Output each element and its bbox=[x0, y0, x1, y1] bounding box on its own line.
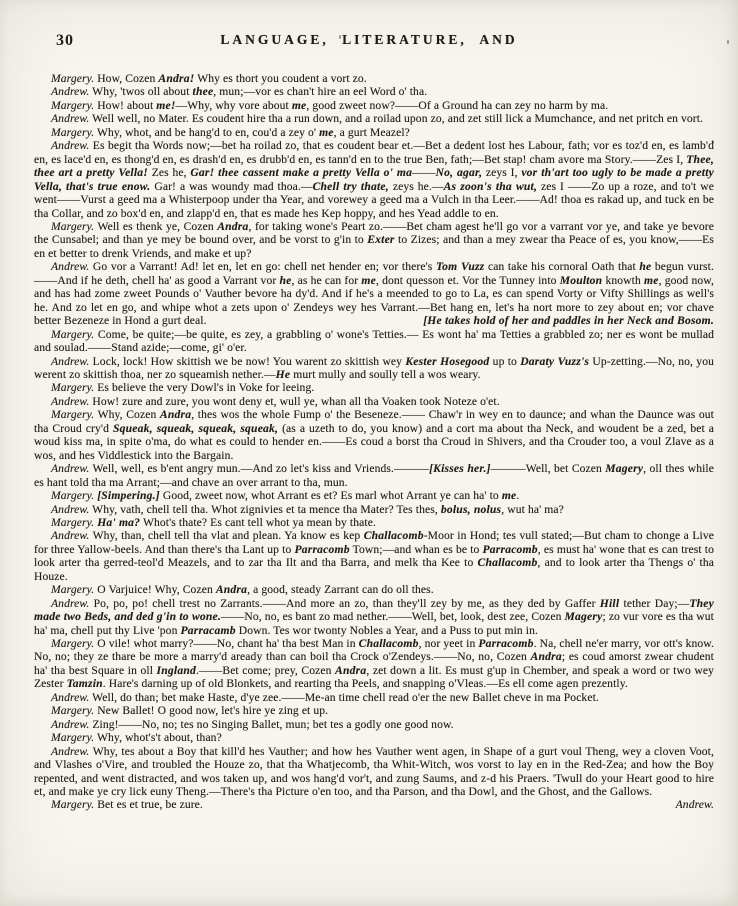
speaker-name: Andrew. bbox=[51, 691, 89, 704]
page-header: 30 LANGUAGE, LITERATURE, AND bbox=[0, 32, 738, 54]
speaker-name: Andrew. bbox=[51, 112, 89, 125]
speech-paragraph: Margery. Well es thenk ye, Cozen Andra, … bbox=[34, 220, 714, 260]
emphasis-text: Ha' ma? bbox=[97, 516, 140, 529]
emphasis-text: he bbox=[279, 274, 291, 287]
emphasis-text: Challacomb bbox=[478, 556, 538, 569]
emphasis-text: Andra bbox=[160, 408, 191, 421]
stage-direction: [He takes hold of her and paddles in her… bbox=[406, 314, 714, 327]
dialogue-body: Margery. How, Cozen Andra! Why es thort … bbox=[34, 72, 714, 812]
speaker-name: Margery. bbox=[51, 126, 94, 139]
speaker-name: Margery. bbox=[51, 328, 94, 341]
speech-paragraph: Andrew. Why, 'twos oll about thee, mun;—… bbox=[34, 85, 714, 98]
emphasis-text: Andra! bbox=[158, 72, 194, 85]
speaker-name: Margery. bbox=[51, 381, 94, 394]
emphasis-text: Parracomb bbox=[483, 543, 538, 556]
emphasis-text: Moulton bbox=[560, 274, 603, 287]
emphasis-text: me bbox=[292, 99, 307, 112]
emphasis-text: Parracomb bbox=[294, 543, 349, 556]
speaker-name: Andrew. bbox=[51, 745, 89, 758]
emphasis-text: Chell try thate, bbox=[313, 180, 389, 193]
speaker-name: Andrew. bbox=[51, 597, 89, 610]
emphasis-text: Exter bbox=[367, 233, 394, 246]
emphasis-text: Andra bbox=[531, 650, 562, 663]
catchword: Andrew. bbox=[659, 798, 714, 811]
speaker-name: Andrew. bbox=[51, 462, 89, 475]
speech-paragraph: Margery. Come, be quite;—be quite, es ze… bbox=[34, 328, 714, 355]
speech-paragraph: Andrew. Po, po, po! chell trest no Zarra… bbox=[34, 597, 714, 637]
emphasis-text: [Kisses her.] bbox=[429, 462, 491, 475]
emphasis-text: me bbox=[502, 489, 517, 502]
speaker-name: Andrew. bbox=[51, 718, 89, 731]
emphasis-text: Andra bbox=[217, 220, 248, 233]
speech-paragraph: Andrew. Why, vath, chell tell tha. Whot … bbox=[34, 503, 714, 516]
emphasis-text: Parracamb bbox=[180, 624, 235, 637]
speech-paragraph: Margery. Why, Cozen Andra, thes wos the … bbox=[34, 408, 714, 462]
speech-paragraph: Margery. [Simpering.] Good, zweet now, w… bbox=[34, 489, 714, 502]
emphasis-text: Magery bbox=[605, 462, 643, 475]
emphasis-text: bolus, nolus bbox=[441, 503, 501, 516]
emphasis-text: me bbox=[644, 274, 659, 287]
speaker-name: Andrew. bbox=[51, 139, 89, 152]
speaker-name: Margery. bbox=[51, 731, 94, 744]
speech-paragraph: Margery. Es believe the very Dowl's in V… bbox=[34, 381, 714, 394]
emphasis-text: me! bbox=[156, 99, 175, 112]
scan-speck bbox=[616, 762, 618, 764]
speech-paragraph: Margery. How! about me!—Why, why vore ab… bbox=[34, 99, 714, 112]
speaker-name: Andrew. bbox=[51, 529, 89, 542]
scan-speck bbox=[339, 35, 341, 39]
running-header-title: LANGUAGE, LITERATURE, AND bbox=[0, 32, 738, 48]
book-page-scan: 30 LANGUAGE, LITERATURE, AND Margery. Ho… bbox=[0, 0, 738, 906]
emphasis-text: thee bbox=[193, 85, 214, 98]
emphasis-text: He bbox=[276, 368, 291, 381]
speech-paragraph: Andrew. Lock, lock! How skittish we be n… bbox=[34, 355, 714, 382]
speaker-name: Margery. bbox=[51, 72, 94, 85]
emphasis-text: me bbox=[361, 274, 376, 287]
speaker-name: Andrew. bbox=[51, 395, 89, 408]
speech-paragraph: Andrew. Zing!——No, no; tes no Singing Ba… bbox=[34, 718, 714, 731]
emphasis-text: Andra bbox=[335, 664, 366, 677]
speaker-name: Margery. bbox=[51, 99, 94, 112]
speech-paragraph: Andrew. Well, do than; bet make Haste, d… bbox=[34, 691, 714, 704]
speech-paragraph: Margery. Bet es et true, be zure.Andrew. bbox=[34, 798, 714, 811]
emphasis-text: No, agar, bbox=[436, 166, 483, 179]
speech-paragraph: Margery. Why, whot, and be hang'd to en,… bbox=[34, 126, 714, 139]
speaker-name: Margery. bbox=[51, 704, 94, 717]
speech-paragraph: Andrew. How! zure and zure, you wont den… bbox=[34, 395, 714, 408]
speech-paragraph: Margery. New Ballet! O good now, let's h… bbox=[34, 704, 714, 717]
emphasis-text: Gar! thee cassent make a pretty Vella o'… bbox=[190, 166, 412, 179]
emphasis-text: As zoon's tha wut, bbox=[444, 180, 537, 193]
speaker-name: Margery. bbox=[51, 489, 94, 502]
speech-paragraph: Margery. How, Cozen Andra! Why es thort … bbox=[34, 72, 714, 85]
emphasis-text: Ingland bbox=[157, 664, 196, 677]
speech-paragraph: Andrew. Go vor a Varrant! Ad! let en, le… bbox=[34, 260, 714, 327]
speaker-name: Margery. bbox=[51, 220, 94, 233]
speaker-name: Margery. bbox=[51, 798, 94, 811]
emphasis-text: Andra bbox=[216, 583, 247, 596]
emphasis-text: [Simpering.] bbox=[97, 489, 160, 502]
emphasis-text: Hill bbox=[600, 597, 619, 610]
scan-speck bbox=[727, 40, 729, 44]
emphasis-text: Magery bbox=[565, 610, 603, 623]
emphasis-text: Squeak, squeak, squeak, squeak, bbox=[113, 422, 278, 435]
page-number: 30 bbox=[56, 32, 74, 50]
emphasis-text: Tamzin bbox=[67, 677, 103, 690]
emphasis-text: Daraty Vuzz's bbox=[520, 355, 589, 368]
speech-paragraph: Andrew. Why, tes about a Boy that kill'd… bbox=[34, 745, 714, 799]
emphasis-text: me bbox=[319, 126, 334, 139]
speaker-name: Margery. bbox=[51, 408, 94, 421]
emphasis-text: Challacomb bbox=[364, 529, 424, 542]
speech-paragraph: Andrew. Why, than, chell tell tha vlat a… bbox=[34, 529, 714, 583]
speech-paragraph: Andrew. Well well, no Mater. Es coudent … bbox=[34, 112, 714, 125]
speech-paragraph: Andrew. Es begit tha Words now;—bet ha r… bbox=[34, 139, 714, 220]
speaker-name: Margery. bbox=[51, 637, 94, 650]
speech-paragraph: Margery. Why, whot's't about, than? bbox=[34, 731, 714, 744]
speaker-name: Andrew. bbox=[51, 355, 89, 368]
emphasis-text: Parracomb bbox=[478, 637, 533, 650]
speech-paragraph: Margery. O vile! whot marry?——No, chant … bbox=[34, 637, 714, 691]
speaker-name: Margery. bbox=[51, 516, 94, 529]
speaker-name: Margery. bbox=[51, 583, 94, 596]
scan-speck bbox=[471, 148, 473, 150]
speech-paragraph: Margery. O Varjuice! Why, Cozen Andra, a… bbox=[34, 583, 714, 596]
speaker-name: Andrew. bbox=[51, 503, 89, 516]
speech-paragraph: Margery. Ha' ma? Whot's thate? Es cant t… bbox=[34, 516, 714, 529]
speaker-name: Andrew. bbox=[51, 85, 89, 98]
emphasis-text: Kester Hosegood bbox=[405, 355, 489, 368]
emphasis-text: Challacomb bbox=[359, 637, 419, 650]
scan-speck bbox=[712, 140, 714, 144]
emphasis-text: he bbox=[639, 260, 651, 273]
speaker-name: Andrew. bbox=[51, 260, 89, 273]
emphasis-text: Tom Vuzz bbox=[436, 260, 484, 273]
speech-paragraph: Andrew. Well, well, es b'ent angry mun.—… bbox=[34, 462, 714, 489]
